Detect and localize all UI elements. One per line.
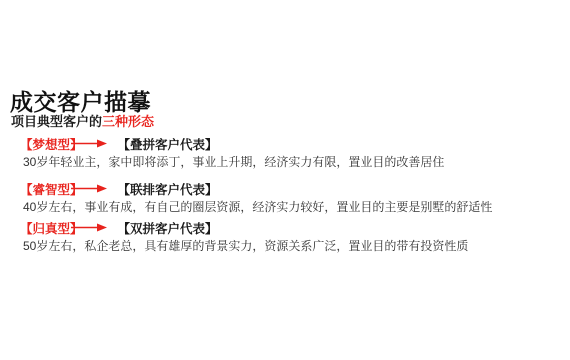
representative-label: 【叠拼客户代表】 <box>118 135 218 153</box>
page-subtitle: 项目典型客户的三种形态 <box>11 111 154 130</box>
subtitle-prefix: 项目典型客户的 <box>11 114 102 129</box>
subtitle-highlight: 三种形态 <box>102 114 154 129</box>
section-header: 【睿智型】 【联排客户代表】 <box>20 181 492 196</box>
customer-type-section-dreamer: 【梦想型】 【叠拼客户代表】 30岁年轻业主，家中即将添丁，事业上升期，经济实力… <box>20 136 444 170</box>
section-header: 【归真型】 【双拼客户代表】 <box>20 220 468 235</box>
customer-type-section-wise: 【睿智型】 【联排客户代表】 40岁左右，事业有成，有自己的圈层资源，经济实力较… <box>20 181 492 215</box>
customer-type-section-authentic: 【归真型】 【双拼客户代表】 50岁左右，私企老总，具有雄厚的背景实力，资源关系… <box>20 220 468 254</box>
representative-label: 【联排客户代表】 <box>118 180 218 198</box>
arrow-right-icon <box>71 139 107 148</box>
customer-description: 50岁左右，私企老总，具有雄厚的背景实力，资源关系广泛，置业目的带有投资性质 <box>20 237 468 254</box>
customer-description: 40岁左右，事业有成，有自己的圈层资源，经济实力较好，置业目的主要是别墅的舒适性 <box>20 198 492 215</box>
presentation-slide: 成交客户描摹 项目典型客户的三种形态 【梦想型】 【叠拼客户代表】 30岁年轻业… <box>0 0 570 360</box>
arrow-right-icon <box>71 223 107 232</box>
representative-label: 【双拼客户代表】 <box>118 219 218 237</box>
section-header: 【梦想型】 【叠拼客户代表】 <box>20 136 444 151</box>
customer-description: 30岁年轻业主，家中即将添丁，事业上升期，经济实力有限，置业目的改善居住 <box>20 153 444 170</box>
arrow-right-icon <box>71 184 107 193</box>
